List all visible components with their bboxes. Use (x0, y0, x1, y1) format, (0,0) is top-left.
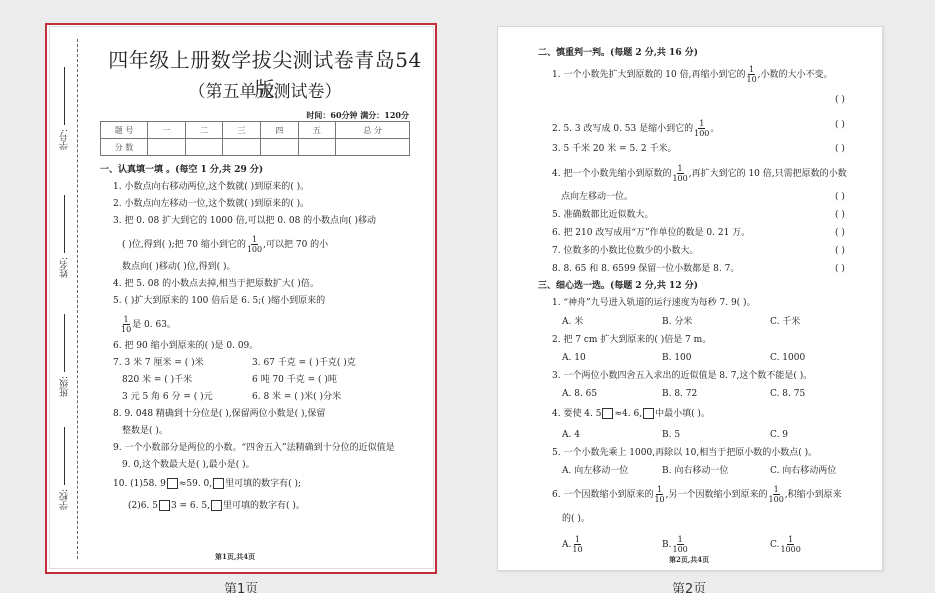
option-a[interactable]: A. 4 (562, 429, 580, 441)
option-b[interactable]: B. 分米 (662, 316, 692, 328)
question-line: 6. 8 米 = ( )米( )分米 (252, 391, 341, 403)
question-line: 数点向( )移动( )位,得到( )。 (122, 261, 236, 273)
option-b[interactable]: B. 5 (662, 429, 680, 441)
blank-box (159, 500, 170, 511)
blank-box (167, 478, 178, 489)
question-line: 8. 9. 048 精确到十分位是( ),保留两位小数是( ),保留 (113, 408, 325, 420)
question-line: 5. ( )扩大到原来的 100 倍后是 6. 5;( )缩小到原来的 (113, 295, 325, 307)
choice-question: 2. 把 7 cm 扩大到原来的( )倍是 7 m。 (552, 334, 711, 346)
question-line: 6. 把 90 缩小到原来的( )是 0. 09。 (113, 340, 258, 352)
option-a[interactable]: A. 10 (562, 352, 586, 364)
option-c[interactable]: C. 1000 (770, 352, 805, 364)
blank-box (643, 408, 654, 419)
option-b[interactable]: B. 100 (662, 352, 692, 364)
question-line: 9. 一个小数部分是两位的小数。“四舍五入”法精确到十分位的近似值是 (113, 442, 395, 454)
option-a[interactable]: A. 米 (562, 316, 583, 328)
question-line: 3. 把 0. 08 扩大到它的 1000 倍,可以把 0. 08 的小数点向(… (113, 215, 376, 227)
option-a[interactable]: A.110 (562, 535, 584, 554)
page-label-2[interactable]: 第2页 (672, 578, 706, 593)
question-line: 4. 把 5. 08 的小数点去掉,相当于把原数扩大( )倍。 (113, 278, 319, 290)
option-a[interactable]: A. 向左移动一位 (562, 465, 628, 477)
question-line: 9. 0,这个数最大是( ),最小是( )。 (122, 459, 255, 471)
section-3-title: 三、细心选一选。(每题 2 分,共 12 分) (538, 280, 698, 292)
option-c[interactable]: C.11000 (770, 535, 802, 554)
choice-question-cont: 的( )。 (562, 513, 590, 525)
question-line: 6 吨 70 千克 = ( )吨 (252, 374, 337, 386)
question-line: 整数是( )。 (122, 425, 168, 437)
option-b[interactable]: B. 向右移动一位 (662, 465, 728, 477)
question-line: 110是 0. 63。 (120, 315, 176, 334)
option-c[interactable]: C. 向右移动两位 (770, 465, 836, 477)
section-3-multiple-choice: 三、细心选一选。(每题 2 分,共 12 分) 1. “神舟”九号进入轨道的运行… (498, 27, 883, 571)
choice-question: 6. 一个因数缩小到原来的110,另一个因数缩小到原来的1100,积缩小到原来 (552, 485, 842, 504)
question-line: (2)6. 53 = 6. 5,里可填的数字有( )。 (128, 500, 305, 512)
option-b[interactable]: B.1100 (662, 535, 689, 554)
choice-question: 1. “神舟”九号进入轨道的运行速度为每秒 7. 9( )。 (552, 297, 756, 309)
fraction-1-10: 110 (121, 315, 131, 334)
question-line: 1. 小数点向右移动两位,这个数就( )到原来的( )。 (113, 181, 309, 193)
option-c[interactable]: C. 千米 (770, 316, 800, 328)
option-b[interactable]: B. 8. 72 (662, 388, 697, 400)
choice-question: 5. 一个小数先乘上 1000,再除以 10,相当于把原小数的小数点( )。 (552, 447, 817, 459)
page-footer: 第1页,共4页 (215, 552, 255, 562)
question-line: 10. (1)58. 9≈59. 0,里可填的数字有( ); (113, 478, 301, 490)
blank-box (211, 500, 222, 511)
choice-question: 4. 要使 4. 5≈4. 6,中最小填( )。 (552, 408, 710, 420)
question-line: 3. 67 千克 = ( )千克( )克 (252, 357, 356, 369)
page-footer: 第2页,共4页 (669, 555, 709, 565)
blank-box (213, 478, 224, 489)
page-1[interactable]: 学号: 姓名: 班级: 学校: 四年级上册数学拔尖测试卷青岛54版 （第五单元测… (50, 27, 433, 568)
section-1-title: 一、认真填一填 。(每空 1 分,共 29 分) (100, 164, 263, 176)
blank-box (602, 408, 613, 419)
question-line: 2. 小数点向左移动一位,这个数就( )到原来的( )。 (113, 198, 309, 210)
page-2[interactable]: 二、慎重判一判。(每题 2 分,共 16 分) 1. 一个小数先扩大到原数的 1… (497, 26, 883, 571)
option-c[interactable]: C. 8. 75 (770, 388, 805, 400)
choice-question: 3. 一个两位小数四舍五入求出的近似值是 8. 7,这个数不能是( )。 (552, 370, 812, 382)
question-line: 820 米 = ( )千米 (122, 374, 192, 386)
section-1-fill-in: 一、认真填一填 。(每空 1 分,共 29 分) 1. 小数点向右移动两位,这个… (50, 27, 433, 568)
question-line: ( )位,得到( );把 70 缩小到它的1100,可以把 70 的小 (122, 235, 328, 254)
option-a[interactable]: A. 8. 65 (562, 388, 597, 400)
page-label-1[interactable]: 第1页 (224, 578, 258, 593)
question-line: 3 元 5 角 6 分 = ( )元 (122, 391, 213, 403)
fraction-1-100: 1100 (247, 235, 262, 254)
option-c[interactable]: C. 9 (770, 429, 788, 441)
question-line: 7. 3 米 7 厘米 = ( )米 (113, 357, 204, 369)
